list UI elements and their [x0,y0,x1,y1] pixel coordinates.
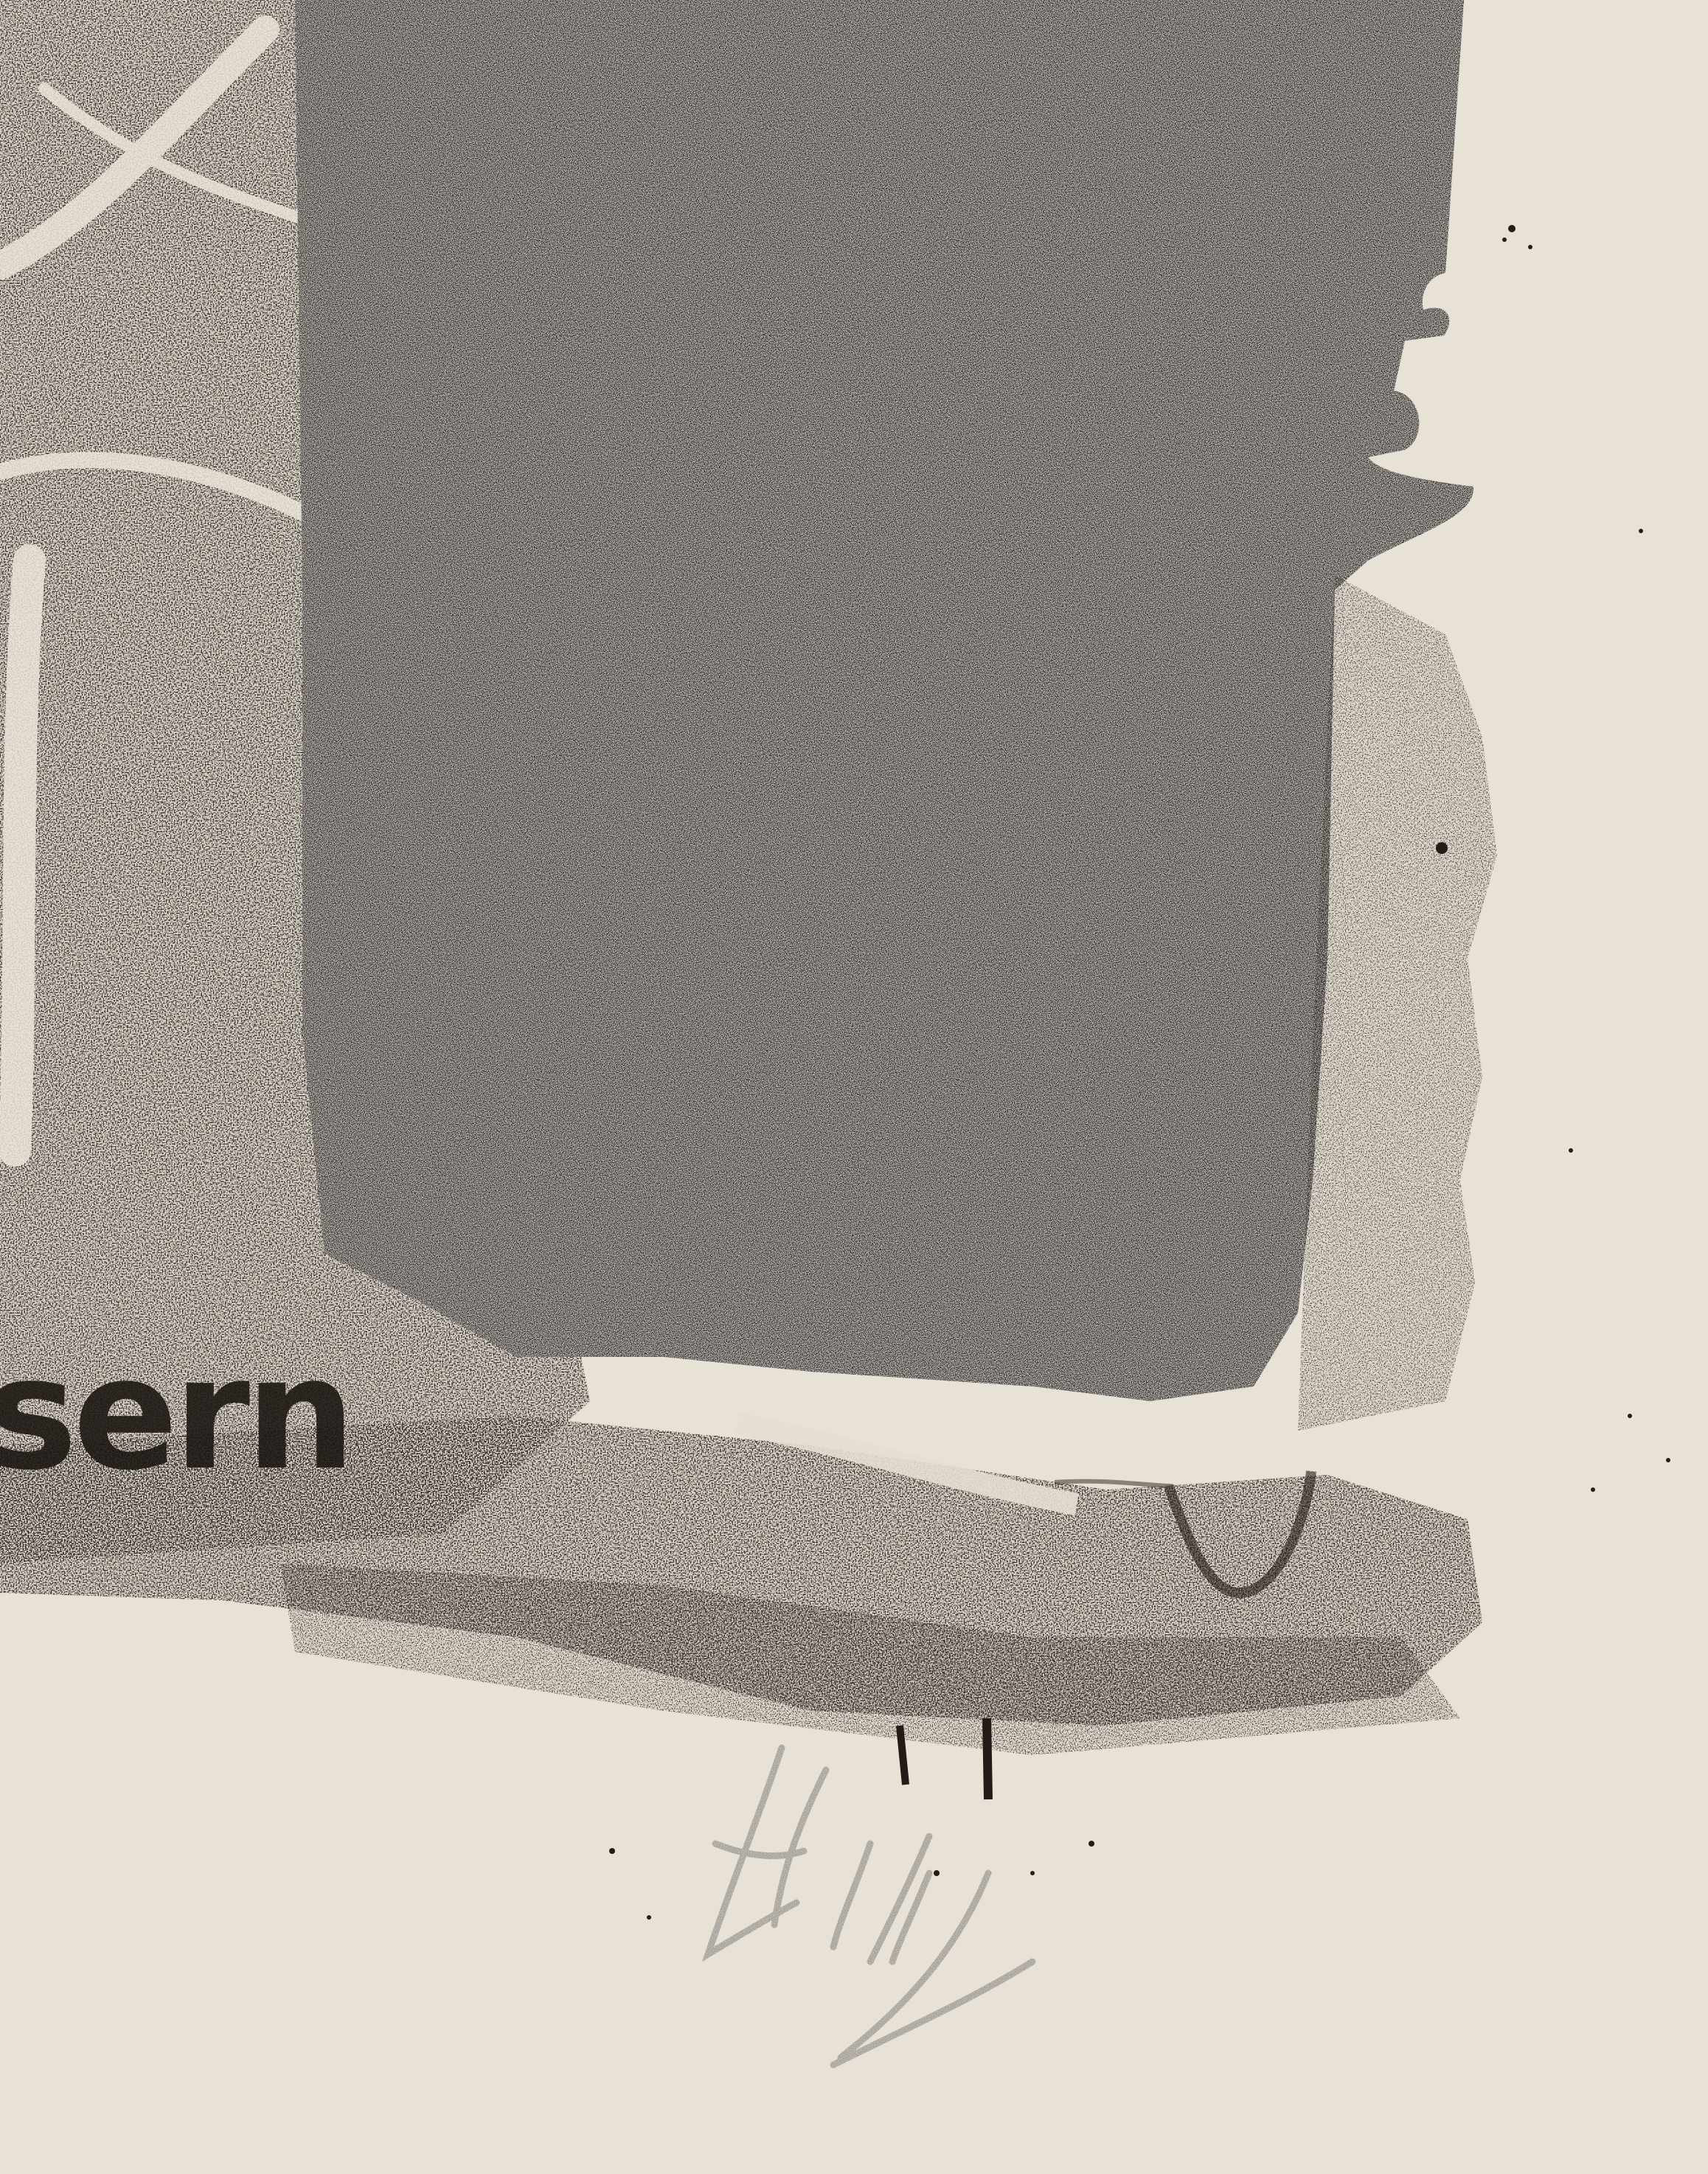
partial-lettering: sern [0,1324,352,1504]
main-dark-mass [295,0,1473,1401]
print-artwork: sern [0,0,1708,2174]
lithograph-print: sern [0,0,1708,2174]
drip-2 [987,1718,988,1799]
